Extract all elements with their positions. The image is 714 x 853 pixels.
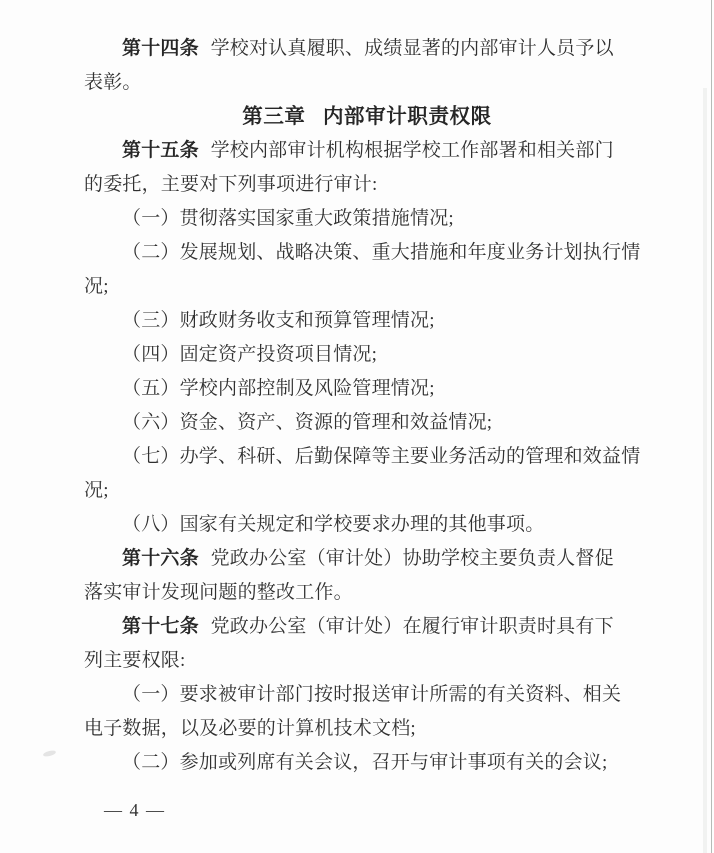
article-text-line: 列主要权限: <box>84 644 650 678</box>
list-item-text-line: （一）要求被审计部门按时报送审计所需的有关资料、相关 <box>84 678 650 712</box>
text-run: （二）参加或列席有关会议，召开与审计事项有关的会议; <box>122 752 607 773</box>
text-run: （一）要求被审计部门按时报送审计所需的有关资料、相关 <box>122 684 621 705</box>
article-text-line: 第十六条党政办公室（审计处）协助学校主要负责人督促 <box>84 542 650 576</box>
page-number: — 4 — <box>104 800 166 821</box>
text-run: 党政办公室（审计处）在履行审计职责时具有下 <box>211 616 614 637</box>
chapter-heading: 第三章内部审计职责权限 <box>84 100 650 134</box>
list-item-text-line: （六）资金、资产、资源的管理和效益情况; <box>84 406 650 440</box>
list-item-text-line: （四）固定资产投资项目情况; <box>84 338 650 372</box>
text-run: 列主要权限: <box>84 650 185 671</box>
list-item-text-line: （三）财政财务收支和预算管理情况; <box>84 304 650 338</box>
scan-edge-line <box>711 0 712 853</box>
text-run: 学校对认真履职、成绩显著的内部审计人员予以 <box>211 38 614 59</box>
text-run: （三）财政财务收支和预算管理情况; <box>122 310 435 331</box>
list-item-text-line: （二）发展规划、战略决策、重大措施和年度业务计划执行情 <box>84 236 650 270</box>
scan-artifact-band <box>703 88 707 853</box>
chapter-title: 内部审计职责权限 <box>323 105 492 128</box>
scanned-document-page: 第十四条学校对认真履职、成绩显著的内部审计人员予以表彰。第三章内部审计职责权限第… <box>0 0 714 853</box>
text-run: 落实审计发现问题的整改工作。 <box>84 582 353 603</box>
text-run: 的委托，主要对下列事项进行审计: <box>84 174 377 195</box>
scan-smudge-mark <box>43 750 57 758</box>
list-item-text-line: 况; <box>84 474 650 508</box>
text-run: 表彰。 <box>84 72 142 93</box>
text-run: 电子数据，以及必要的计算机技术文档; <box>84 718 416 739</box>
text-run: （五）学校内部控制及风险管理情况; <box>122 378 435 399</box>
list-item-text-line: 况; <box>84 270 650 304</box>
text-run: （六）资金、资产、资源的管理和效益情况; <box>122 412 492 433</box>
text-run: 学校内部审计机构根据学校工作部署和相关部门 <box>211 140 614 161</box>
article-text-line: 第十四条学校对认真履职、成绩显著的内部审计人员予以 <box>84 32 650 66</box>
document-content: 第十四条学校对认真履职、成绩显著的内部审计人员予以表彰。第三章内部审计职责权限第… <box>84 0 650 780</box>
list-item-text-line: （八）国家有关规定和学校要求办理的其他事项。 <box>84 508 650 542</box>
list-item-text-line: （七）办学、科研、后勤保障等主要业务活动的管理和效益情 <box>84 440 650 474</box>
text-run: （七）办学、科研、后勤保障等主要业务活动的管理和效益情 <box>122 446 640 467</box>
list-item-text-line: （二）参加或列席有关会议，召开与审计事项有关的会议; <box>84 746 650 780</box>
article-number-label: 第十七条 <box>122 616 199 637</box>
text-run: 况; <box>84 480 109 501</box>
list-item-text-line: （五）学校内部控制及风险管理情况; <box>84 372 650 406</box>
article-text-line: 的委托，主要对下列事项进行审计: <box>84 168 650 202</box>
article-number-label: 第十四条 <box>122 38 199 59</box>
article-text-line: 表彰。 <box>84 66 650 100</box>
text-run: （四）固定资产投资项目情况; <box>122 344 377 365</box>
article-text-line: 第十七条党政办公室（审计处）在履行审计职责时具有下 <box>84 610 650 644</box>
text-run: （一）贯彻落实国家重大政策措施情况; <box>122 208 454 229</box>
text-run: 党政办公室（审计处）协助学校主要负责人督促 <box>211 548 614 569</box>
article-number-label: 第十五条 <box>122 140 199 161</box>
article-number-label: 第十六条 <box>122 548 199 569</box>
text-run: （八）国家有关规定和学校要求办理的其他事项。 <box>122 514 544 535</box>
list-item-text-line: （一）贯彻落实国家重大政策措施情况; <box>84 202 650 236</box>
chapter-number: 第三章 <box>242 105 305 128</box>
text-run: （二）发展规划、战略决策、重大措施和年度业务计划执行情 <box>122 242 640 263</box>
article-text-line: 第十五条学校内部审计机构根据学校工作部署和相关部门 <box>84 134 650 168</box>
article-text-line: 落实审计发现问题的整改工作。 <box>84 576 650 610</box>
list-item-text-line: 电子数据，以及必要的计算机技术文档; <box>84 712 650 746</box>
text-run: 况; <box>84 276 109 297</box>
